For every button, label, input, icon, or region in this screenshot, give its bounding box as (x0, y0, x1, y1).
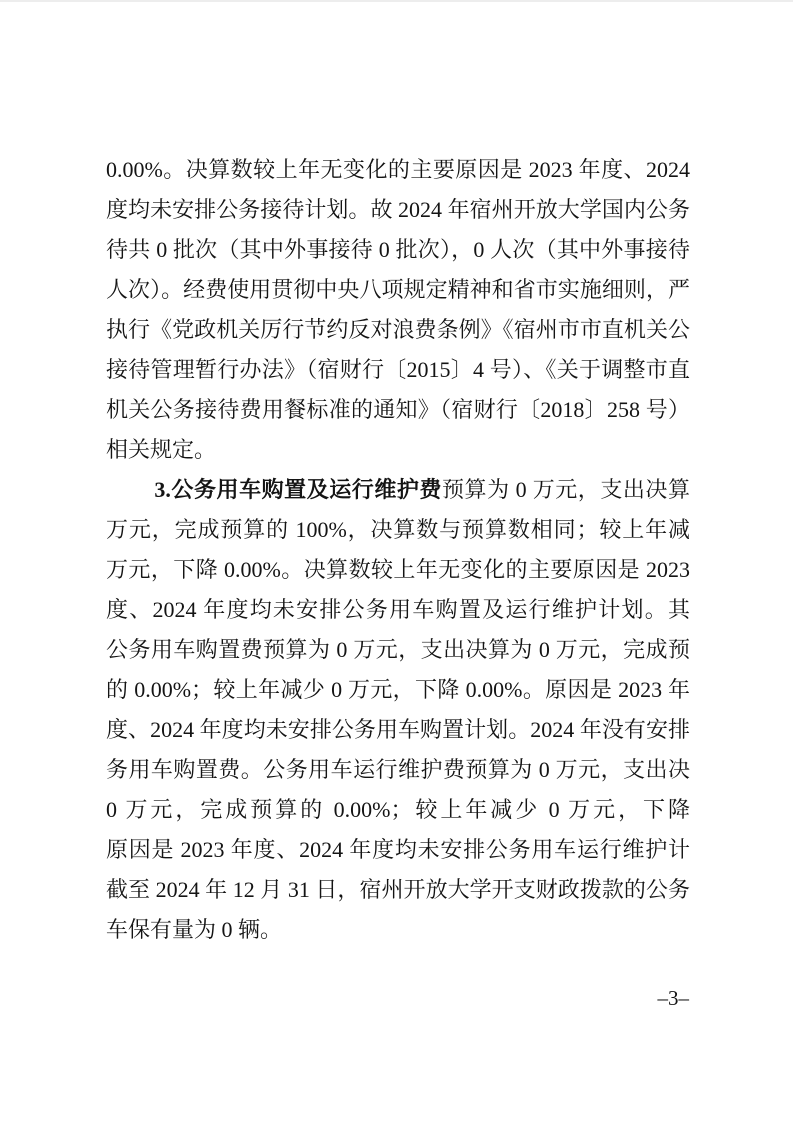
text-line: 人次）。经费使用贯彻中央八项规定精神和省市实施细则，严格 (106, 270, 690, 310)
text-line: 务用车购置费。公务用车运行维护费预算为 0 万元，支出决算为 (106, 750, 690, 790)
text-run: 相关规定。 (106, 437, 216, 462)
text-run: 0.00%。决算数较上年无变化的主要原因是 2023 年度、2024 年 (106, 157, 690, 190)
text-run: 度均未安排公务接待计划。故 2024 年宿州开放大学国内公务接 (106, 197, 690, 230)
text-line: 万元，下降 0.00%。决算数较上年无变化的主要原因是 2023 年 (106, 550, 690, 590)
text-run: 待共 0 批次（其中外事接待 0 批次），0 人次（其中外事接待 0 (106, 237, 690, 270)
document-page: 0.00%。决算数较上年无变化的主要原因是 2023 年度、2024 年度均未安… (0, 0, 793, 1122)
text-run: 人次）。经费使用贯彻中央八项规定精神和省市实施细则，严格 (106, 277, 690, 310)
text-run: 公务用车购置费预算为 0 万元，支出决算为 0 万元，完成预算 (106, 637, 690, 670)
text-run: 度、2024 年度均未安排公务用车购置及运行维护计划。其中： (106, 597, 690, 630)
text-line: 0 万元，完成预算的 0.00%；较上年减少 0 万元，下降 0.00%。 (106, 790, 690, 830)
text-line: 万元，完成预算的 100%，决算数与预算数相同；较上年减少 0 (106, 510, 690, 550)
text-line: 车保有量为 0 辆。 (106, 910, 690, 950)
text-run: 截至 2024 年 12 月 31 日，宿州开放大学开支财政拨款的公务用 (106, 877, 690, 910)
bold-text-run: 3.公务用车购置及运行维护费 (154, 477, 442, 502)
text-run: 原因是 2023 年度、2024 年度均未安排公务用车运行维护计划。 (106, 837, 690, 870)
text-line: 度、2024 年度均未安排公务用车购置及运行维护计划。其中： (106, 590, 690, 630)
text-line: 执行《党政机关厉行节约反对浪费条例》《宿州市市直机关公务 (106, 310, 690, 350)
text-line: 度均未安排公务接待计划。故 2024 年宿州开放大学国内公务接 (106, 190, 690, 230)
text-line: 的 0.00%；较上年减少 0 万元，下降 0.00%。原因是 2023 年 (106, 670, 690, 710)
text-run: 车保有量为 0 辆。 (106, 917, 282, 942)
text-line: 公务用车购置费预算为 0 万元，支出决算为 0 万元，完成预算 (106, 630, 690, 670)
text-run: 万元，完成预算的 100%，决算数与预算数相同；较上年减少 0 (106, 517, 690, 550)
text-line: 原因是 2023 年度、2024 年度均未安排公务用车运行维护计划。 (106, 830, 690, 870)
text-line: 3.公务用车购置及运行维护费预算为 0 万元，支出决算为 0 (106, 470, 690, 510)
text-line: 度、2024 年度均未安排公务用车购置计划。2024 年没有安排公 (106, 710, 690, 750)
text-run: 万元，下降 0.00%。决算数较上年无变化的主要原因是 2023 年 (106, 557, 690, 590)
text-line: 接待管理暂行办法》（宿财行〔2015〕4 号）、《关于调整市直 (106, 350, 690, 390)
text-line: 机关公务接待费用餐标准的通知》（宿财行〔2018〕258 号）等 (106, 390, 690, 430)
text-line: 相关规定。 (106, 430, 690, 470)
text-run: 的 0.00%；较上年减少 0 万元，下降 0.00%。原因是 2023 年 (106, 677, 690, 702)
text-run: 0 万元，完成预算的 0.00%；较上年减少 0 万元，下降 0.00%。 (106, 797, 690, 830)
text-run: 执行《党政机关厉行节约反对浪费条例》《宿州市市直机关公务 (106, 317, 690, 350)
text-run: 度、2024 年度均未安排公务用车购置计划。2024 年没有安排公 (106, 717, 690, 750)
text-line: 截至 2024 年 12 月 31 日，宿州开放大学开支财政拨款的公务用 (106, 870, 690, 910)
body-text: 0.00%。决算数较上年无变化的主要原因是 2023 年度、2024 年度均未安… (106, 150, 690, 950)
text-line: 待共 0 批次（其中外事接待 0 批次），0 人次（其中外事接待 0 (106, 230, 690, 270)
text-line: 0.00%。决算数较上年无变化的主要原因是 2023 年度、2024 年 (106, 150, 690, 190)
page-number: –3– (658, 985, 690, 1011)
text-run: 务用车购置费。公务用车运行维护费预算为 0 万元，支出决算为 (106, 757, 690, 790)
text-run: 机关公务接待费用餐标准的通知》（宿财行〔2018〕258 号）等 (106, 397, 690, 430)
text-run: 接待管理暂行办法》（宿财行〔2015〕4 号）、《关于调整市直 (106, 357, 690, 382)
